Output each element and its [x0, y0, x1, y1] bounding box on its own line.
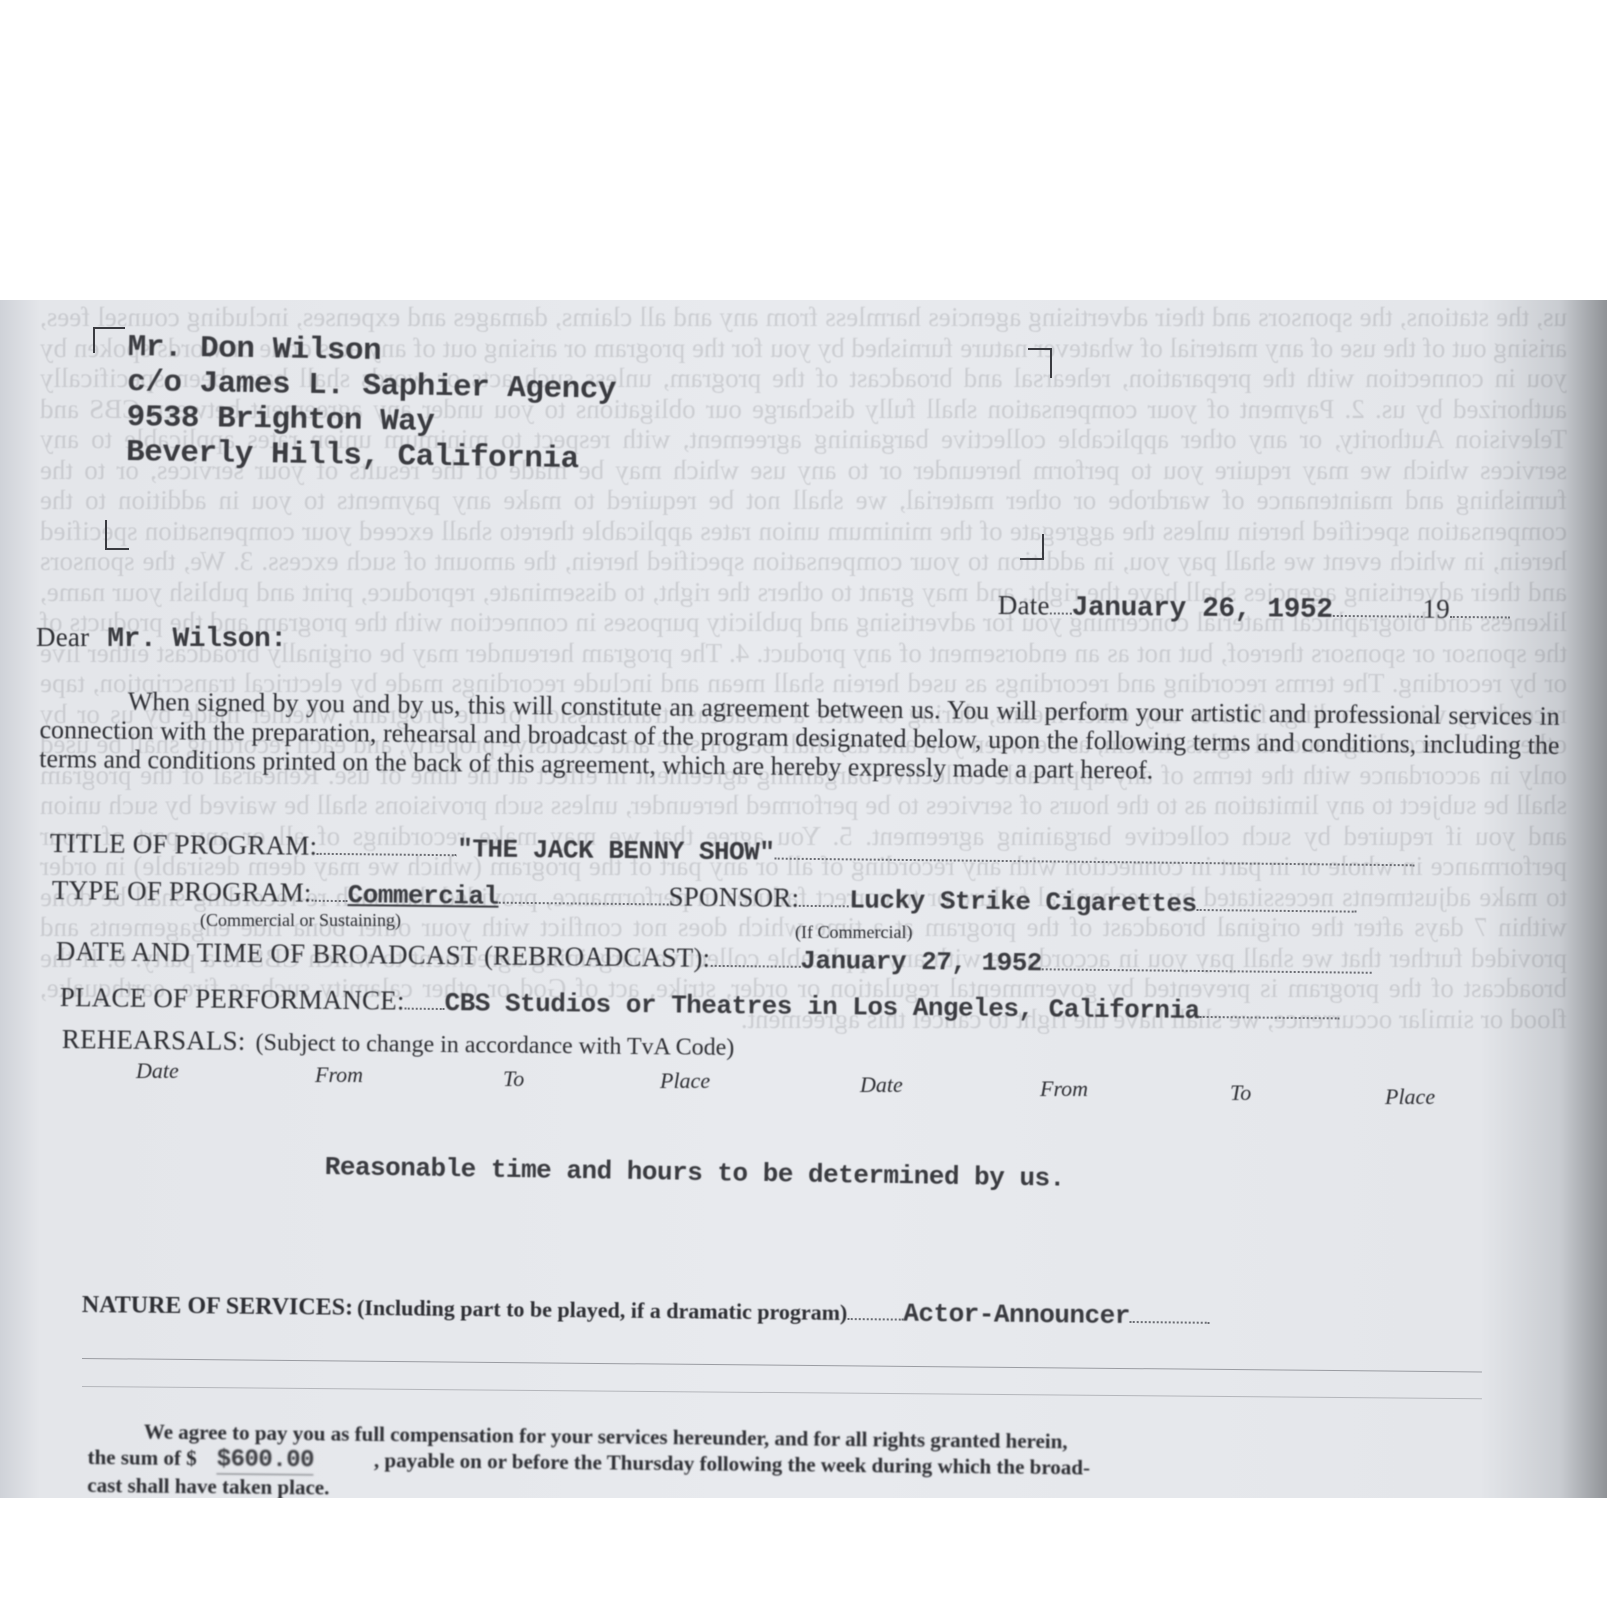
nature-of-services-row: NATURE OF SERVICES: (Including part to b…	[82, 1290, 1482, 1335]
address-corner-mark-tr	[1028, 348, 1052, 378]
rehearsals-value: Reasonable time and hours to be determin…	[325, 1152, 1065, 1194]
document-page: us, the stations, the sponsors and their…	[0, 300, 1607, 1498]
rehearsals-row: REHEARSALS: (Subject to change in accord…	[62, 1024, 735, 1062]
title-of-program-row: TITLE OF PROGRAM:"THE JACK BENNY SHOW"	[50, 828, 1530, 875]
rehearsal-col-from-1: From	[315, 1062, 363, 1088]
rehearsals-label: REHEARSALS:	[62, 1024, 246, 1056]
rehearsal-col-from-2: From	[1040, 1076, 1088, 1102]
intro-paragraph: When signed by you and by us, this will …	[39, 686, 1560, 789]
compensation-block: We agree to pay you as full compensation…	[87, 1418, 1488, 1498]
compensation-amount: $600.00	[217, 1446, 315, 1475]
services-blank-line-2	[82, 1386, 1482, 1399]
rehearsal-col-date-1: Date	[136, 1058, 179, 1084]
place-of-performance-row: PLACE OF PERFORMANCE:CBS Studios or Thea…	[60, 982, 1540, 1029]
rehearsal-col-place-2: Place	[1385, 1084, 1435, 1110]
rehearsal-col-date-2: Date	[860, 1072, 903, 1098]
salutation-name: Mr. Wilson:	[107, 624, 286, 655]
type-of-program-hint: (Commercial or Sustaining)	[200, 910, 401, 931]
nature-of-services-note: (Including part to be played, if a drama…	[357, 1295, 848, 1325]
rehearsal-col-to-1: To	[503, 1066, 524, 1092]
sponsor-value: Lucky Strike Cigarettes	[849, 885, 1197, 919]
date-value: January 26, 1952	[1071, 593, 1332, 626]
address-corner-mark-bl	[105, 520, 129, 550]
nature-of-services-value: Actor-Announcer	[903, 1299, 1130, 1331]
addressee-block: Mr. Don Wilson c/o James L. Saphier Agen…	[126, 330, 617, 478]
addressee-city: Beverly Hills, California	[126, 435, 615, 478]
broadcast-date-label: DATE AND TIME OF BROADCAST (REBROADCAST)…	[56, 936, 711, 973]
title-of-program-value: "THE JACK BENNY SHOW"	[457, 834, 774, 867]
salutation-prefix: Dear	[36, 622, 89, 652]
place-of-performance-label: PLACE OF PERFORMANCE:	[60, 982, 405, 1016]
address-corner-mark-tl	[93, 327, 125, 353]
place-of-performance-value: CBS Studios or Theatres in Los Angeles, …	[444, 988, 1199, 1026]
broadcast-date-value: January 27, 1952	[800, 946, 1042, 979]
date-line: DateJanuary 26, 195219	[998, 590, 1570, 628]
nature-of-services-label: NATURE OF SERVICES:	[82, 1292, 353, 1321]
type-of-program-label: TYPE OF PROGRAM:	[52, 875, 312, 908]
salutation: Dear Mr. Wilson:	[36, 622, 287, 655]
services-blank-line	[82, 1358, 1482, 1372]
date-label: Date	[998, 590, 1050, 620]
title-of-program-label: TITLE OF PROGRAM:	[50, 828, 318, 861]
address-corner-mark-br	[1020, 534, 1044, 560]
sponsor-label: SPONSOR:	[668, 881, 799, 912]
sponsor-hint: (If Commercial)	[795, 922, 912, 943]
type-of-program-value: Commercial	[347, 880, 498, 912]
rehearsal-col-place-1: Place	[660, 1068, 710, 1094]
rehearsal-col-to-2: To	[1230, 1080, 1251, 1106]
date-year-prefix: 19	[1422, 594, 1450, 624]
broadcast-date-row: DATE AND TIME OF BROADCAST (REBROADCAST)…	[56, 936, 1536, 983]
rehearsals-note: (Subject to change in accordance with Tv…	[255, 1030, 734, 1061]
